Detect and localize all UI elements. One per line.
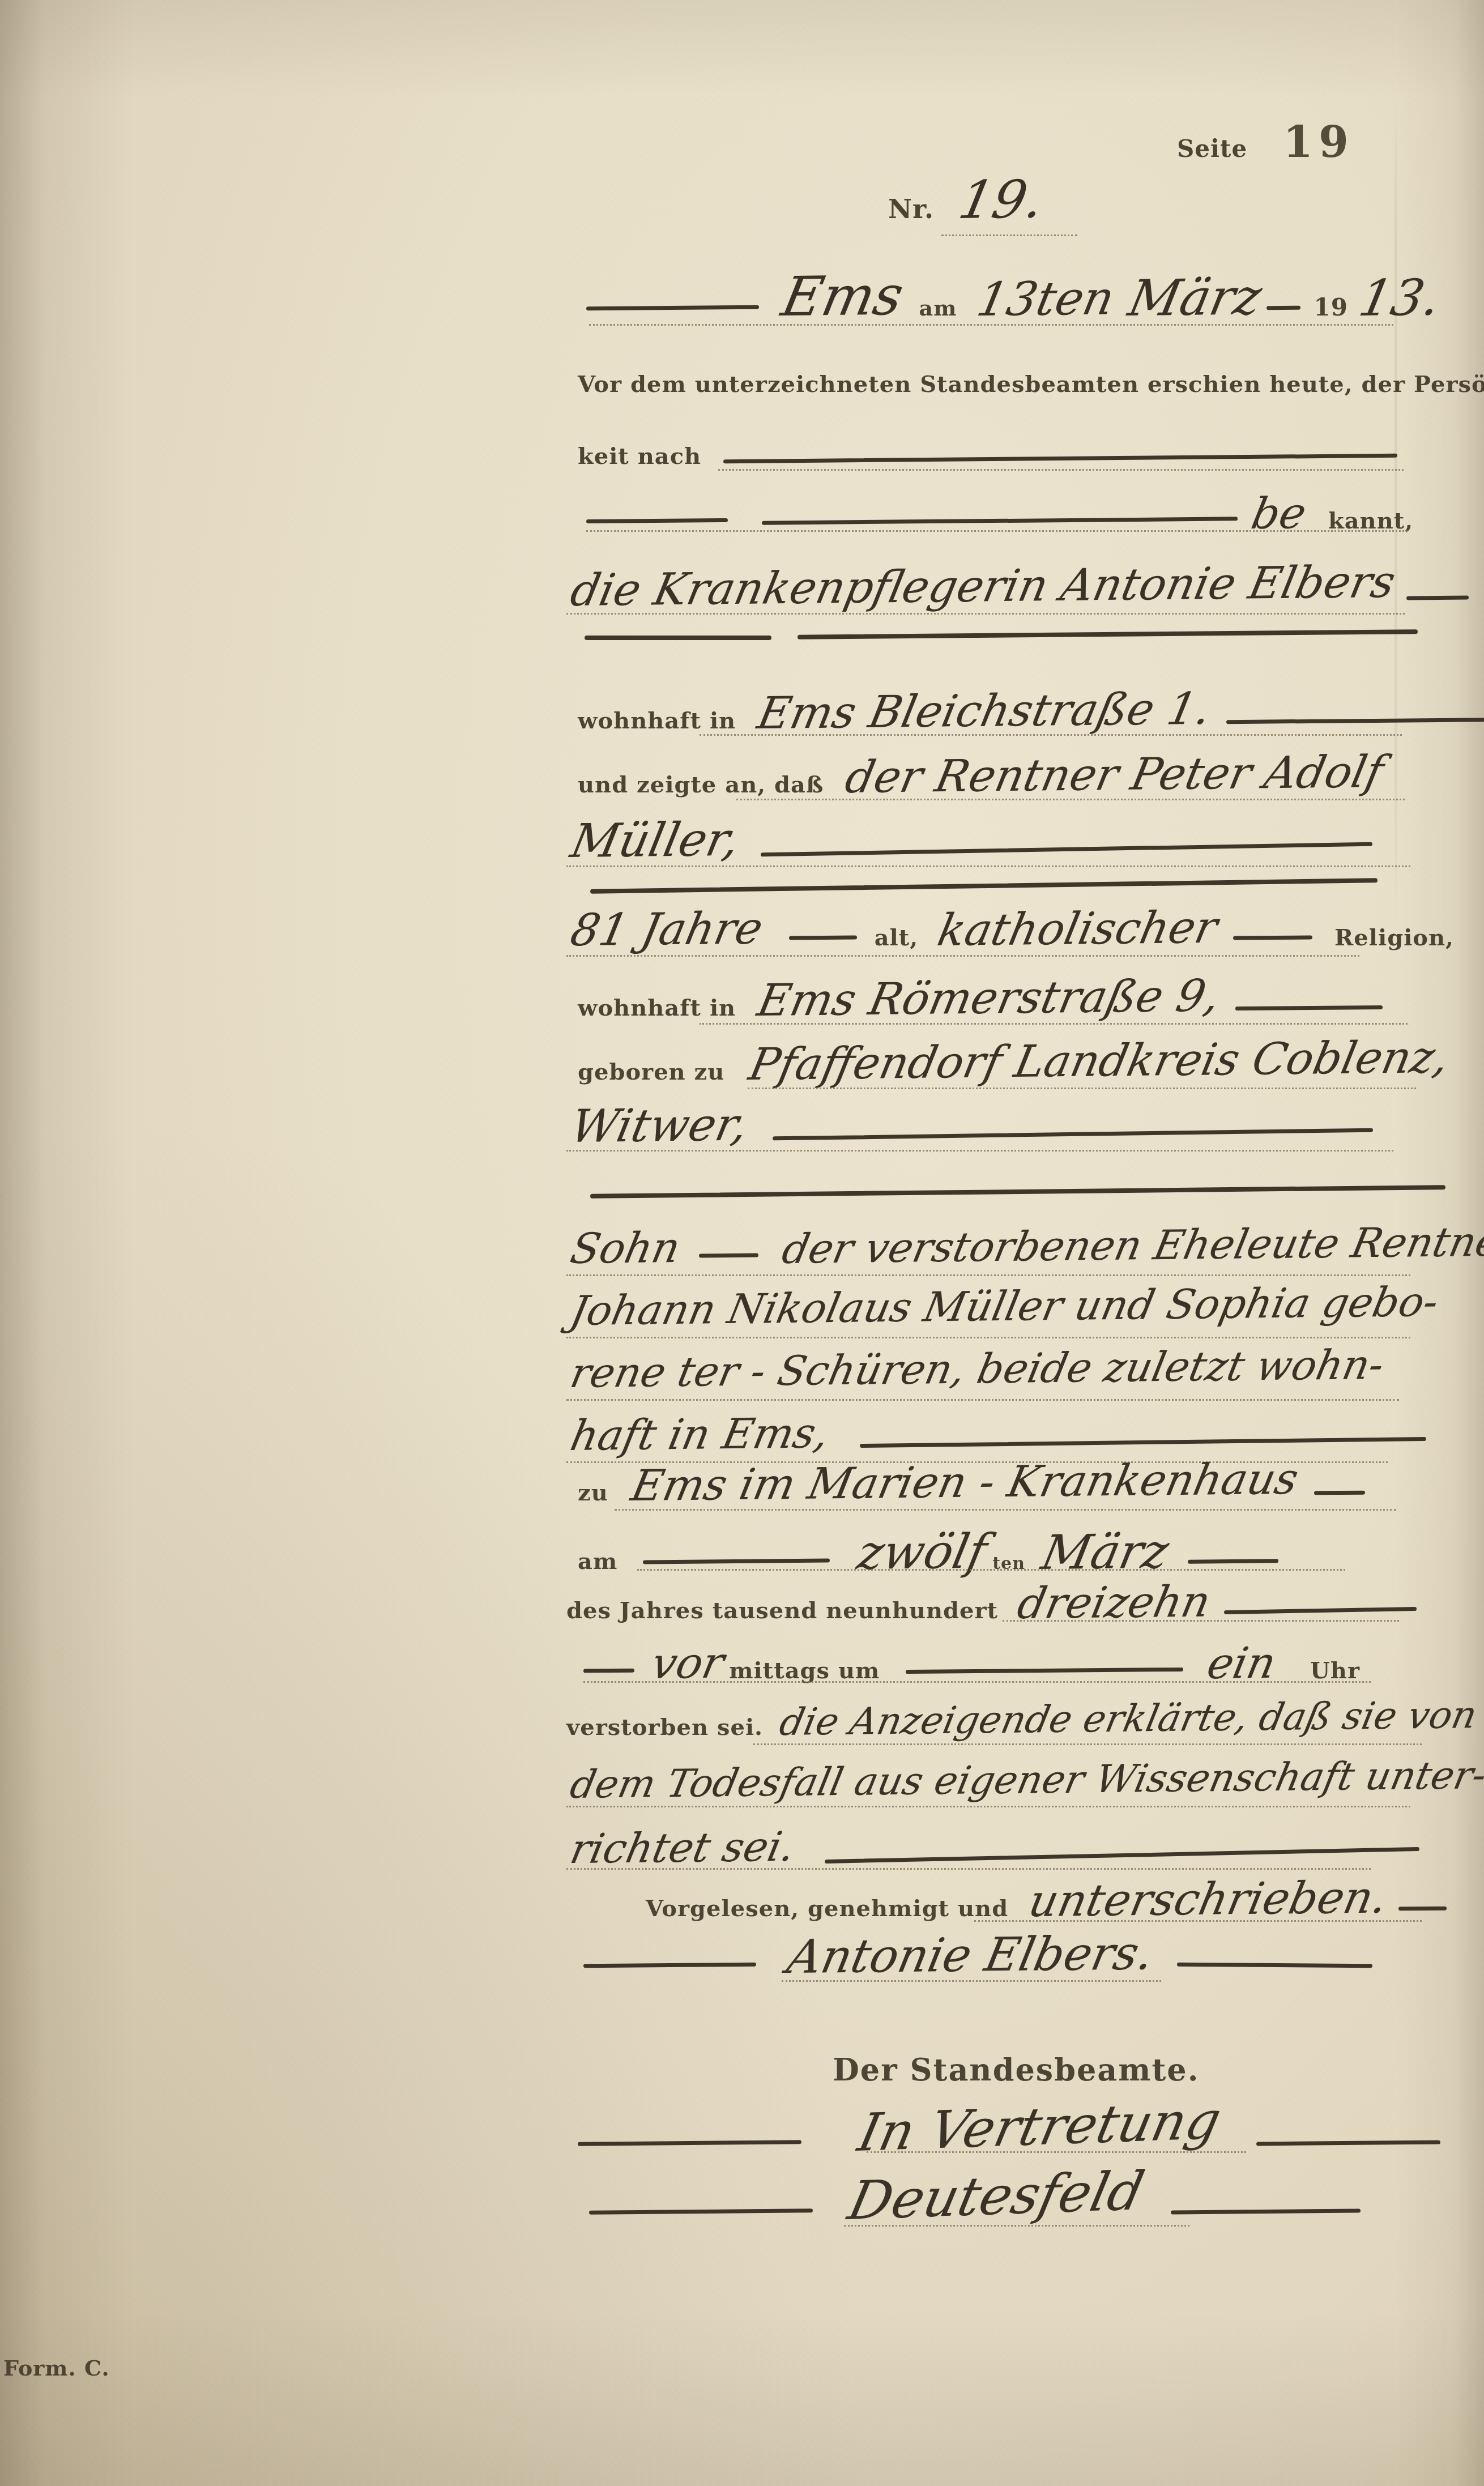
ink-dash xyxy=(586,518,728,523)
registrar-title: Der Standesbeamte. xyxy=(833,2052,1199,2088)
mittags-um-label: mittags um xyxy=(729,1657,880,1684)
dotted-rule xyxy=(637,1569,1345,1571)
dotted-rule xyxy=(782,1980,1161,1982)
marital-status-line: Witwer, xyxy=(566,1100,1373,1153)
registrar-signature-line: Deutesfeld xyxy=(589,2171,1361,2232)
registrar-title-line: Der Standesbeamte. xyxy=(833,2052,1199,2088)
unterschrieben-handwritten: unterschrieben. xyxy=(1025,1872,1392,1927)
form-label-line: Form. C. xyxy=(3,2355,110,2381)
ink-dash xyxy=(643,1559,830,1564)
intro-line1: Vor dem unterzeichneten Standesbeamten e… xyxy=(578,371,1484,398)
ink-dash xyxy=(583,1963,756,1968)
dotted-rule xyxy=(1003,1620,1399,1622)
record-number-line: Nr. 19. xyxy=(888,170,1037,231)
ink-dash xyxy=(590,878,1378,893)
ink-dash xyxy=(586,305,759,311)
deceased-intro-handwritten: der Rentner Peter Adolf xyxy=(841,747,1388,803)
dotted-rule xyxy=(974,1920,1422,1922)
ink-dash xyxy=(723,454,1397,463)
ink-dash xyxy=(1233,935,1312,940)
informant-line: die Krankenpflegerin Antonie Elbers xyxy=(566,565,1469,616)
death-date-line: am zwölf ten März xyxy=(578,1525,1278,1580)
notification-line: und zeigte an, daß der Rentner Peter Ado… xyxy=(578,752,1376,803)
declaration-line2: dem Todesfall aus eigener Wissenschaft u… xyxy=(566,1763,1479,1807)
dateline-place-handwritten: Ems xyxy=(777,264,909,329)
declaration-handwritten: dem Todesfall aus eigener Wissenschaft u… xyxy=(566,1753,1484,1807)
ink-dash xyxy=(860,1437,1426,1448)
dotted-rule xyxy=(566,1868,1371,1870)
ink-dash xyxy=(1406,596,1469,600)
declaration-handwritten: die Anzeigende erklärte, daß sie von xyxy=(776,1693,1481,1744)
religion-label: Religion, xyxy=(1334,924,1454,951)
geboren-zu-label: geboren zu xyxy=(578,1059,724,1085)
dotted-rule xyxy=(583,1681,1371,1683)
declaration-handwritten: richtet sei. xyxy=(566,1823,799,1873)
year-printed-label: des Jahres tausend neunhundert xyxy=(566,1597,998,1624)
parents-text-handwritten: rene ter - Schüren, beide zuletzt wohn- xyxy=(566,1341,1388,1397)
uhr-label: Uhr xyxy=(1310,1657,1360,1684)
parents-line2: Johann Nikolaus Müller und Sophia gebo- xyxy=(566,1287,1431,1334)
dotted-rule xyxy=(753,1743,1422,1745)
dotted-rule xyxy=(566,1337,1410,1338)
intro-line2: keit nach xyxy=(578,443,1397,470)
ink-dash xyxy=(583,1669,634,1673)
form-label: Form. C. xyxy=(3,2355,110,2381)
ink-dash xyxy=(761,842,1372,857)
deceased-surname-handwritten: Müller, xyxy=(566,813,744,868)
ink-dash xyxy=(699,1253,758,1258)
declaration-line3: richtet sei. xyxy=(566,1825,1419,1873)
ink-dash xyxy=(1224,1607,1417,1614)
page-number-stamp: 19 xyxy=(1283,117,1354,167)
ink-dash xyxy=(1235,1005,1383,1010)
page-header: Seite 19 xyxy=(1177,117,1354,167)
ink-dash xyxy=(1256,2140,1440,2146)
death-place-line: zu Ems im Marien - Krankenhaus xyxy=(578,1460,1365,1511)
dotted-rule xyxy=(736,799,1405,800)
parents-text-handwritten: der verstorbenen Eheleute Rentner xyxy=(778,1217,1484,1273)
dotted-rule xyxy=(844,2225,1189,2227)
deceased-residence-handwritten: Ems Römerstraße 9, xyxy=(753,971,1224,1026)
wohnhaft-label: wohnhaft in xyxy=(578,707,736,734)
informant-signature-handwritten: Antonie Elbers. xyxy=(783,1926,1158,1984)
alt-label: alt, xyxy=(875,924,919,951)
informant-signature-line: Antonie Elbers. xyxy=(583,1930,1372,1984)
dateline: Ems am 13ten März 19 13. xyxy=(586,265,1434,329)
dotted-rule xyxy=(615,1509,1396,1511)
nr-label: Nr. xyxy=(888,194,934,224)
zu-label: zu xyxy=(578,1479,608,1506)
religion-handwritten: katholischer xyxy=(933,902,1222,956)
dateline-month-handwritten: März xyxy=(1124,268,1266,327)
parents-text-handwritten: Johann Nikolaus Müller und Sophia gebo- xyxy=(566,1278,1443,1334)
am-label: am xyxy=(578,1548,617,1575)
zeigte-an-label: und zeigte an, daß xyxy=(578,771,824,798)
intro-printed-text: Vor dem unterzeichneten Standesbeamten e… xyxy=(578,371,1484,398)
ink-dash xyxy=(798,629,1418,639)
ink-dash xyxy=(1177,1963,1372,1968)
ink-dash xyxy=(789,935,857,940)
age-religion-line: 81 Jahre alt, katholischer Religion, xyxy=(566,905,1454,956)
dotted-rule xyxy=(941,234,1077,236)
ink-dash xyxy=(578,2140,801,2146)
ink-dash xyxy=(1188,1559,1278,1563)
dotted-rule xyxy=(589,324,1393,326)
deputy-line: In Vertretung xyxy=(578,2103,1440,2163)
ink-dash xyxy=(762,517,1238,525)
verstorben-label: verstorben sei. xyxy=(566,1714,763,1741)
dateline-day-handwritten: 13ten xyxy=(973,272,1119,327)
year-printed: 19 xyxy=(1314,293,1347,321)
age-handwritten: 81 Jahre xyxy=(566,903,767,956)
dotted-rule xyxy=(566,1150,1393,1152)
ink-dash xyxy=(1266,306,1300,310)
dotted-rule xyxy=(867,2151,1246,2153)
ink-dash xyxy=(1314,1491,1365,1495)
deceased-surname-line: Müller, xyxy=(566,815,1372,868)
informant-residence-line: wohnhaft in Ems Bleichstraße 1. xyxy=(578,688,1484,739)
parents-text-handwritten: haft in Ems, xyxy=(566,1409,833,1460)
death-place-handwritten: Ems im Marien - Krankenhaus xyxy=(627,1453,1303,1511)
ink-dash xyxy=(773,1128,1373,1141)
vorgelesen-label: Vorgelesen, genehmigt und xyxy=(646,1895,1008,1922)
birthplace-handwritten: Pfaffendorf Landkreis Coblenz, xyxy=(745,1032,1453,1090)
seite-label: Seite xyxy=(1177,135,1247,163)
death-month-handwritten: März xyxy=(1037,1524,1174,1580)
wohnhaft-label: wohnhaft in xyxy=(578,995,736,1021)
parents-line3: rene ter - Schüren, beide zuletzt wohn- xyxy=(566,1349,1377,1397)
ink-dash xyxy=(906,1668,1183,1674)
year-handwritten: 13. xyxy=(1354,268,1445,327)
dotted-rule xyxy=(566,955,1359,957)
closing-line: Vorgelesen, genehmigt und unterschrieben… xyxy=(646,1876,1447,1927)
death-day-handwritten: zwölf xyxy=(853,1524,992,1580)
dotted-rule xyxy=(748,1088,1416,1089)
dotted-rule xyxy=(586,530,1408,532)
dotted-rule xyxy=(718,469,1404,471)
ink-dash xyxy=(1171,2209,1361,2215)
ink-dash xyxy=(585,636,771,640)
dotted-rule xyxy=(700,734,1402,736)
informant-residence-handwritten: Ems Bleichstraße 1. xyxy=(753,684,1216,739)
ink-dash xyxy=(590,1185,1445,1199)
marital-status-handwritten: Witwer, xyxy=(566,1098,753,1153)
son-handwritten: Sohn xyxy=(566,1223,684,1273)
keit-nach-label: keit nach xyxy=(578,443,701,470)
dotted-rule xyxy=(566,1399,1399,1401)
informant-handwritten: die Krankenpflegerin Antonie Elbers xyxy=(566,557,1400,616)
ink-dash xyxy=(1226,718,1484,724)
declaration-line1: verstorben sei. die Anzeigende erklärte,… xyxy=(566,1700,1470,1744)
deceased-residence-line: wohnhaft in Ems Römerstraße 9, xyxy=(578,975,1383,1026)
dotted-rule xyxy=(566,613,1405,615)
birthplace-line: geboren zu Pfaffendorf Landkreis Coblenz… xyxy=(578,1039,1442,1090)
nr-value-handwritten: 19. xyxy=(954,169,1049,231)
ink-dash xyxy=(825,1847,1419,1864)
dotted-rule xyxy=(700,1023,1408,1025)
ink-dash xyxy=(589,2208,813,2214)
am-label: am xyxy=(919,295,957,321)
dotted-rule xyxy=(566,1806,1410,1807)
dotted-rule xyxy=(566,865,1410,867)
ink-dash xyxy=(1398,1907,1447,1911)
parents-line1: Sohn der verstorbenen Eheleute Rentner xyxy=(566,1225,1484,1273)
dotted-rule xyxy=(566,1274,1410,1276)
registrar-signature-handwritten: Deutesfeld xyxy=(843,2160,1149,2232)
death-record-page: Seite 19 Nr. 19. Ems am 13ten März 19 13… xyxy=(0,0,1484,2486)
